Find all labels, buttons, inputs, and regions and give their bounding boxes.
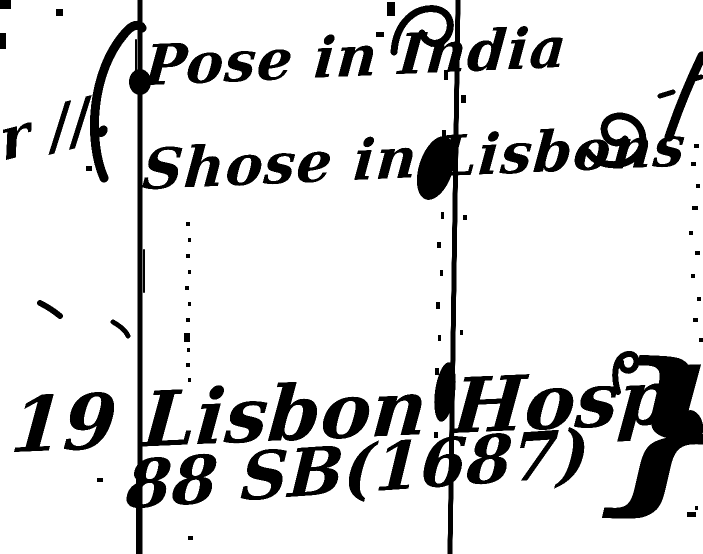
dotted-speckle-column [184, 222, 191, 382]
right-edge-dash [660, 92, 673, 96]
scan-artifact [387, 2, 395, 16]
handwriting-line-1: Pose in India [143, 20, 570, 95]
edge-scan-marks [0, 0, 11, 49]
manuscript-scan-page: r //. Pose in India Shose in Lisbons 19 … [0, 0, 703, 554]
right-edge-dash [691, 77, 701, 80]
closing-brace: } [602, 338, 703, 520]
right-edge-speckles [689, 144, 703, 342]
